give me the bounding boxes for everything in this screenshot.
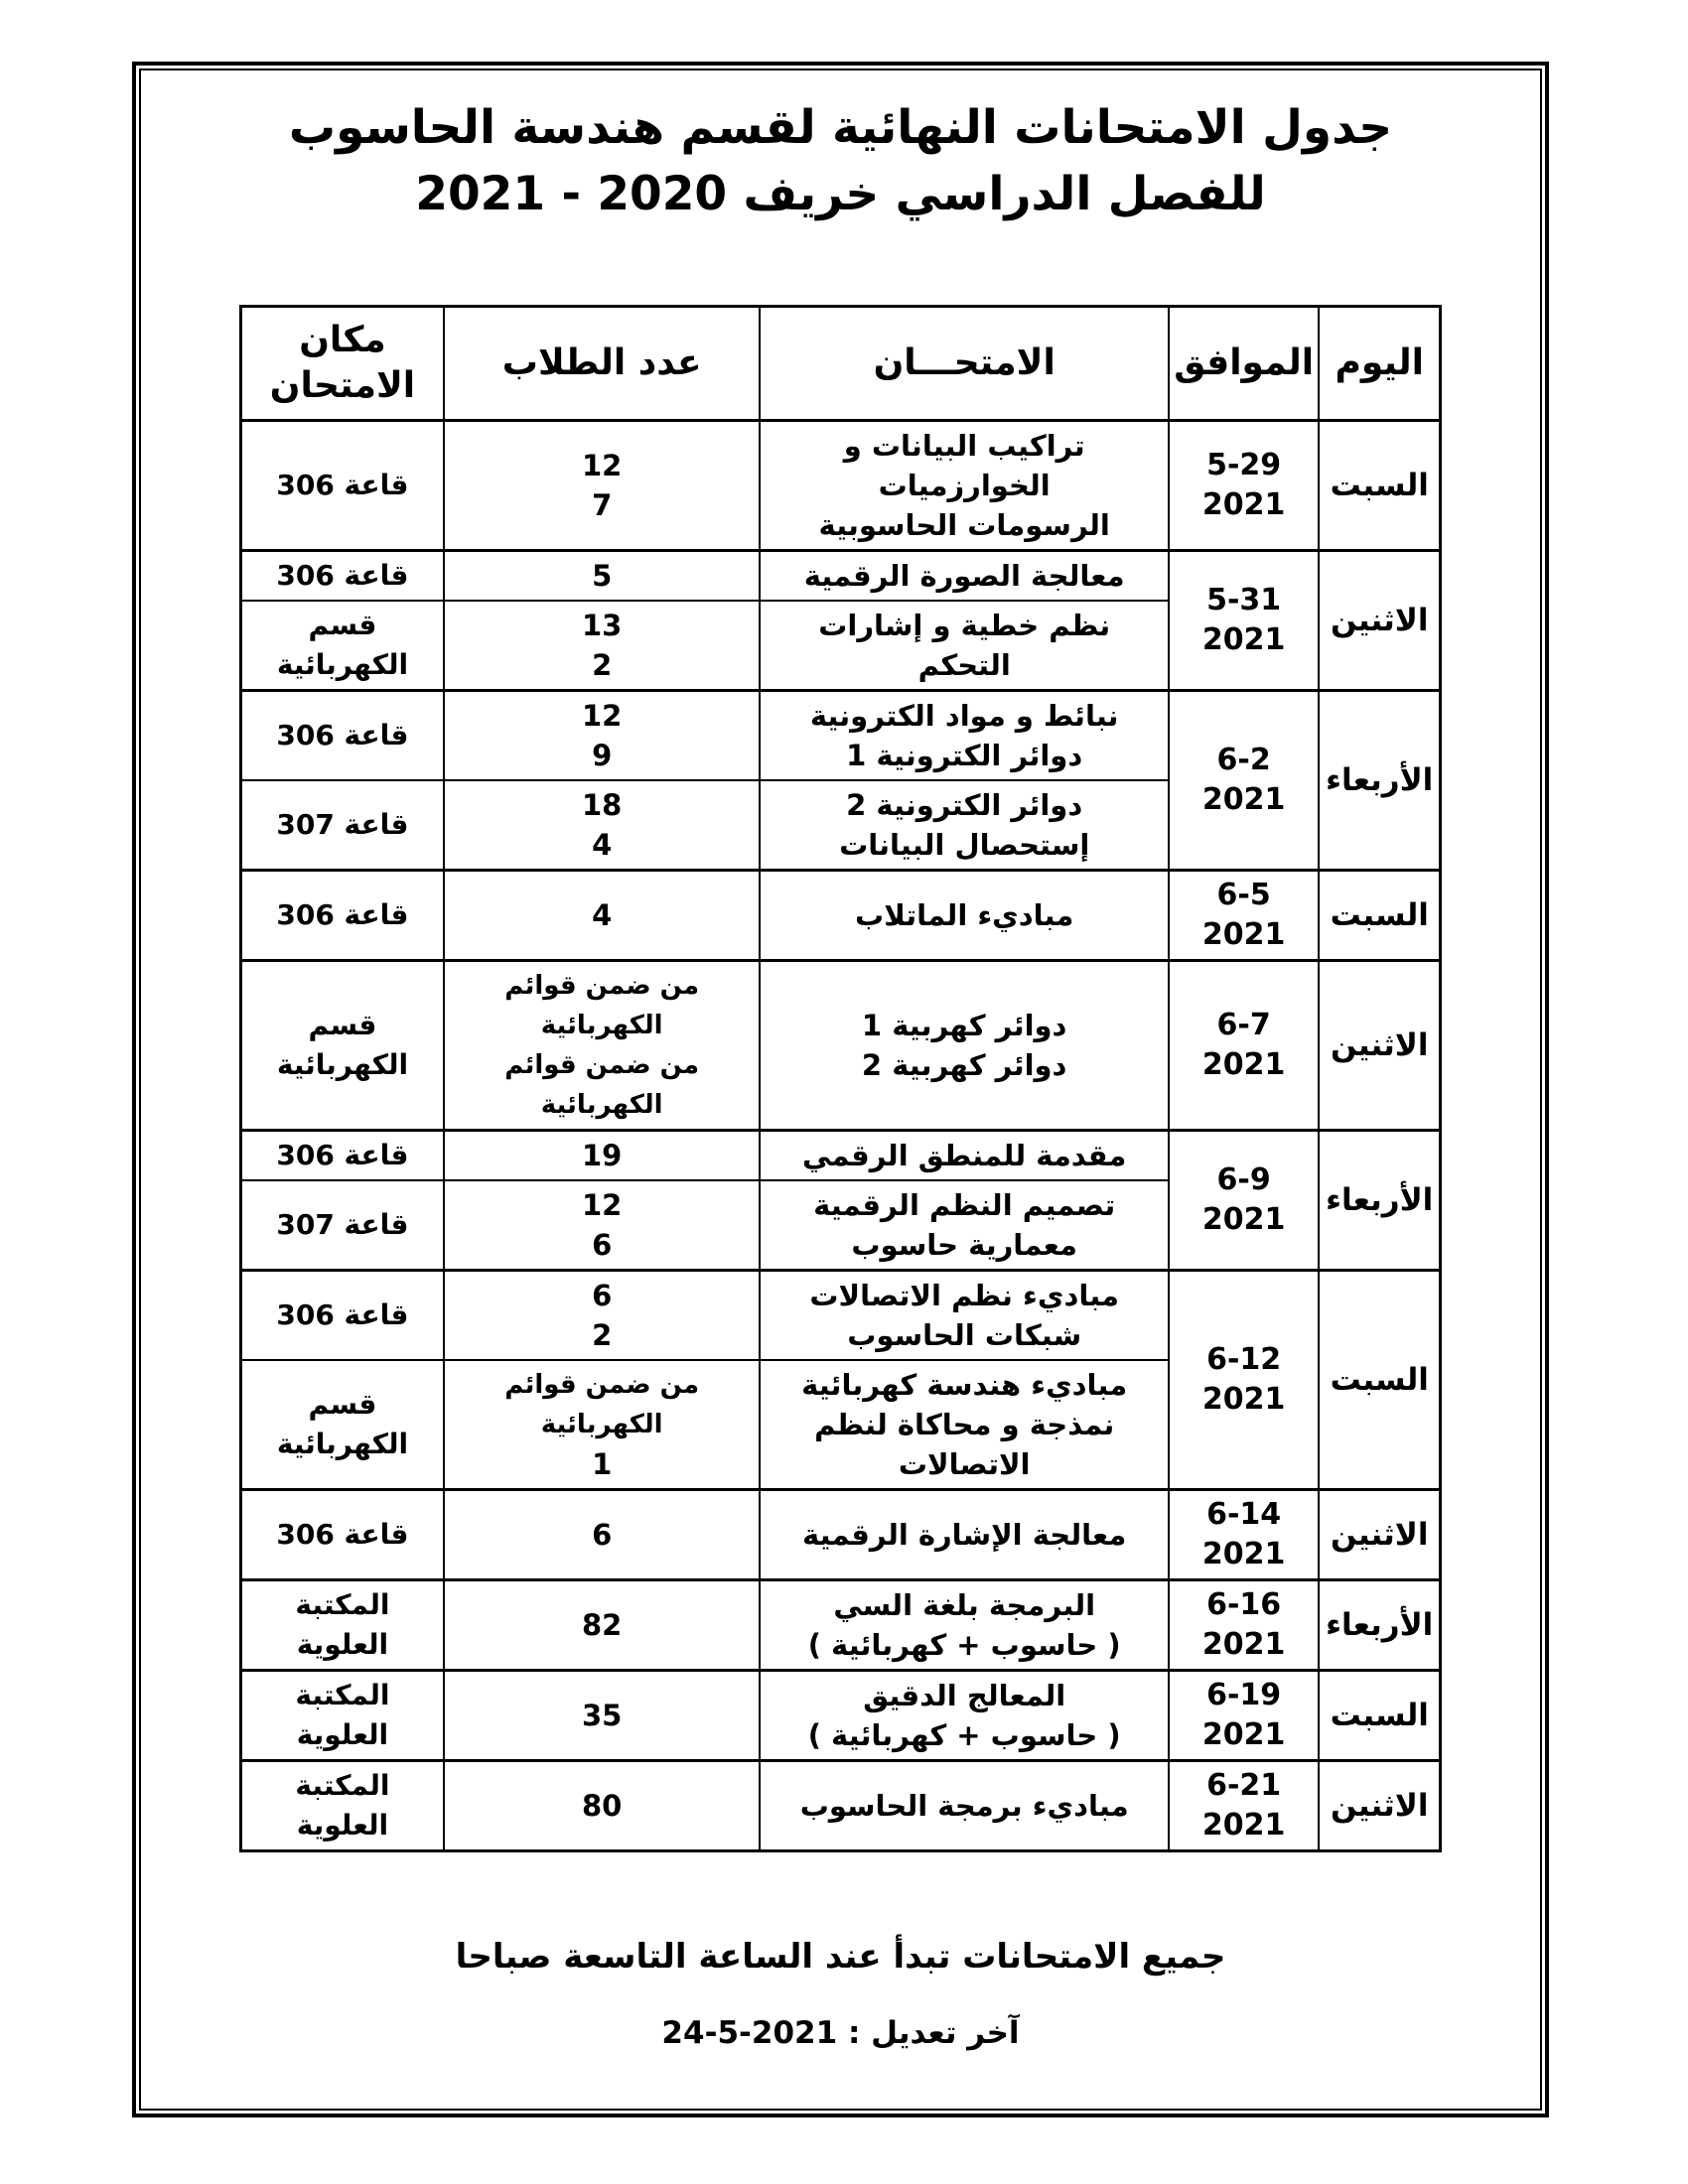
date-cell: 6-2 2021 [1169, 691, 1319, 871]
exam-cell: دوائر كهربية 1 دوائر كهربية 2 [760, 961, 1169, 1131]
exam-line: مباديء هندسة كهربائية [767, 1365, 1162, 1405]
exam-cell: مباديء هندسة كهربائية نمذجة و محاكاة لنظ… [760, 1360, 1169, 1490]
students-cell: 82 [444, 1580, 760, 1671]
location-cell: قاعة 306 [240, 551, 444, 602]
date-line: 2021 [1176, 1715, 1312, 1755]
students-cell: 4 [444, 871, 760, 961]
students-line: من ضمن قوائم الكهربائية [451, 1365, 753, 1444]
exam-row: الأربعاء 6-2 2021 نبائط و مواد الكترونية… [240, 691, 1441, 781]
day-cell: الاثنين [1319, 551, 1441, 691]
location-cell: قسم الكهربائية [240, 601, 444, 691]
location-cell: قسم الكهربائية [240, 1360, 444, 1490]
day-cell: السبت [1319, 1271, 1441, 1490]
location-cell: قاعة 307 [240, 1180, 444, 1271]
exam-line: مباديء نظم الاتصالات [767, 1276, 1162, 1315]
document-title-line2: للفصل الدراسي خريف 2020 - 2021 [141, 161, 1540, 227]
students-line: 9 [451, 736, 753, 775]
exam-line: البرمجة بلغة السي [767, 1585, 1162, 1625]
day-cell: السبت [1319, 421, 1441, 551]
header-exam: الامتحـــان [760, 307, 1169, 421]
exam-line: إستحصال البيانات [767, 825, 1162, 865]
date-line: 2021 [1176, 1625, 1312, 1665]
header-location-line2: الامتحان [246, 363, 440, 409]
date-cell: 6-9 2021 [1169, 1131, 1319, 1271]
exam-cell: مباديء نظم الاتصالات شبكات الحاسوب [760, 1271, 1169, 1361]
exam-line: دوائر كهربية 2 [767, 1045, 1162, 1085]
date-line: 6-21 [1176, 1766, 1312, 1806]
date-cell: 6-7 2021 [1169, 961, 1319, 1131]
exam-line: ( حاسوب + كهربائية ) [767, 1715, 1162, 1755]
students-line: من ضمن قوائم الكهربائية [451, 966, 753, 1045]
exam-time-note: جميع الامتحانات تبدأ عند الساعة التاسعة … [141, 1934, 1540, 1979]
date-cell: 6-16 2021 [1169, 1580, 1319, 1671]
students-line: 4 [451, 825, 753, 865]
students-cell: من ضمن قوائم الكهربائية من ضمن قوائم الك… [444, 961, 760, 1131]
location-cell: قاعة 306 [240, 871, 444, 961]
day-cell: الاثنين [1319, 1761, 1441, 1851]
day-cell: الاثنين [1319, 1490, 1441, 1580]
exam-line: دوائر الكترونية 1 [767, 736, 1162, 775]
date-line: 2021 [1176, 1806, 1312, 1845]
students-cell: 80 [444, 1761, 760, 1851]
exam-cell: نظم خطية و إشارات التحكم [760, 601, 1169, 691]
students-cell: 19 [444, 1131, 760, 1181]
date-cell: 6-14 2021 [1169, 1490, 1319, 1580]
exam-line: دوائر الكترونية 2 [767, 785, 1162, 825]
students-cell: 18 4 [444, 780, 760, 871]
date-line: 2021 [1176, 620, 1312, 660]
students-line: 12 [451, 696, 753, 736]
exam-cell: معالجة الإشارة الرقمية [760, 1490, 1169, 1580]
students-line: 2 [451, 645, 753, 685]
exam-line: التحكم [767, 645, 1162, 685]
students-line: من ضمن قوائم الكهربائية [451, 1045, 753, 1125]
students-cell: 6 2 [444, 1271, 760, 1361]
students-line: 12 [451, 1185, 753, 1225]
date-line: 2021 [1176, 1200, 1312, 1240]
date-line: 6-2 [1176, 741, 1312, 780]
students-line: 2 [451, 1315, 753, 1355]
date-line: 6-16 [1176, 1585, 1312, 1625]
location-cell: قاعة 306 [240, 691, 444, 781]
date-cell: 5-29 2021 [1169, 421, 1319, 551]
exam-cell: نبائط و مواد الكترونية دوائر الكترونية 1 [760, 691, 1169, 781]
date-cell: 6-5 2021 [1169, 871, 1319, 961]
header-day: اليوم [1319, 307, 1441, 421]
students-cell: 6 [444, 1490, 760, 1580]
exam-row: السبت 5-29 2021 تراكيب البيانات و الخوار… [240, 421, 1441, 551]
header-row: اليوم الموافق الامتحـــان عدد الطلاب مكا… [240, 307, 1441, 421]
date-line: 5-31 [1176, 581, 1312, 620]
exam-row: الاثنين 6-21 2021 مباديء برمجة الحاسوب 8… [240, 1761, 1441, 1851]
page-border-frame: جدول الامتحانات النهائية لقسم هندسة الحا… [132, 62, 1549, 2117]
date-line: 6-12 [1176, 1340, 1312, 1380]
exam-line: المعالج الدقيق [767, 1676, 1162, 1715]
location-cell: قاعة 306 [240, 1490, 444, 1580]
exam-cell: تراكيب البيانات و الخوارزميات الرسومات ا… [760, 421, 1169, 551]
exam-line: نظم خطية و إشارات [767, 606, 1162, 645]
exam-cell: تصميم النظم الرقمية معمارية حاسوب [760, 1180, 1169, 1271]
location-cell: قسم الكهربائية [240, 961, 444, 1131]
students-line: 12 [451, 446, 753, 485]
exam-row: الأربعاء 6-16 2021 البرمجة بلغة السي ( ح… [240, 1580, 1441, 1671]
date-line: 6-14 [1176, 1495, 1312, 1535]
exam-cell: مباديء برمجة الحاسوب [760, 1761, 1169, 1851]
exam-line: الرسومات الحاسوبية [767, 505, 1162, 545]
header-date: الموافق [1169, 307, 1319, 421]
students-line: 18 [451, 785, 753, 825]
location-cell: المكتبة العلوية [240, 1671, 444, 1761]
exam-line: دوائر كهربية 1 [767, 1006, 1162, 1045]
location-cell: قاعة 306 [240, 1131, 444, 1181]
exam-row: السبت 6-12 2021 مباديء نظم الاتصالات شبك… [240, 1271, 1441, 1361]
day-cell: الأربعاء [1319, 1580, 1441, 1671]
students-cell: من ضمن قوائم الكهربائية 1 [444, 1360, 760, 1490]
exam-row: الاثنين 6-14 2021 معالجة الإشارة الرقمية… [240, 1490, 1441, 1580]
exam-cell: معالجة الصورة الرقمية [760, 551, 1169, 602]
date-line: 6-19 [1176, 1676, 1312, 1715]
date-line: 2021 [1176, 485, 1312, 525]
students-cell: 5 [444, 551, 760, 602]
students-cell: 35 [444, 1671, 760, 1761]
exam-row: السبت 6-19 2021 المعالج الدقيق ( حاسوب +… [240, 1671, 1441, 1761]
exam-row: السبت 6-5 2021 مباديء الماتلاب 4 قاعة 30… [240, 871, 1441, 961]
exam-line: تصميم النظم الرقمية [767, 1185, 1162, 1225]
location-cell: قاعة 306 [240, 1271, 444, 1361]
location-cell: المكتبة العلوية [240, 1761, 444, 1851]
exam-cell: المعالج الدقيق ( حاسوب + كهربائية ) [760, 1671, 1169, 1761]
document-title-line1: جدول الامتحانات النهائية لقسم هندسة الحا… [141, 94, 1540, 161]
students-line: 6 [451, 1225, 753, 1265]
date-cell: 6-19 2021 [1169, 1671, 1319, 1761]
date-line: 2021 [1176, 1045, 1312, 1085]
date-cell: 6-12 2021 [1169, 1271, 1319, 1490]
date-cell: 5-31 2021 [1169, 551, 1319, 691]
header-students: عدد الطلاب [444, 307, 760, 421]
exam-line: معمارية حاسوب [767, 1225, 1162, 1265]
students-line: 13 [451, 606, 753, 645]
day-cell: السبت [1319, 1671, 1441, 1761]
students-cell: 12 9 [444, 691, 760, 781]
date-line: 2021 [1176, 1535, 1312, 1574]
exam-line: نبائط و مواد الكترونية [767, 696, 1162, 736]
date-line: 6-5 [1176, 876, 1312, 915]
last-modified-note: آخر تعديل : 2021-5-24 [141, 2011, 1540, 2055]
date-line: 5-29 [1176, 446, 1312, 485]
exam-line: نمذجة و محاكاة لنظم الاتصالات [767, 1405, 1162, 1484]
date-cell: 6-21 2021 [1169, 1761, 1319, 1851]
location-cell: قاعة 306 [240, 421, 444, 551]
day-cell: السبت [1319, 871, 1441, 961]
day-cell: الأربعاء [1319, 691, 1441, 871]
exam-row: الأربعاء 6-9 2021 مقدمة للمنطق الرقمي 19… [240, 1131, 1441, 1181]
students-cell: 12 6 [444, 1180, 760, 1271]
exam-line: شبكات الحاسوب [767, 1315, 1162, 1355]
location-cell: قاعة 307 [240, 780, 444, 871]
location-cell: المكتبة العلوية [240, 1580, 444, 1671]
exam-line: ( حاسوب + كهربائية ) [767, 1625, 1162, 1665]
exam-cell: البرمجة بلغة السي ( حاسوب + كهربائية ) [760, 1580, 1169, 1671]
date-line: 6-7 [1176, 1006, 1312, 1045]
exam-schedule-table: اليوم الموافق الامتحـــان عدد الطلاب مكا… [239, 305, 1443, 1852]
students-line: 1 [451, 1444, 753, 1484]
date-line: 2021 [1176, 1380, 1312, 1420]
header-location: مكان الامتحان [240, 307, 444, 421]
document-title: جدول الامتحانات النهائية لقسم هندسة الحا… [141, 94, 1540, 227]
exam-cell: مباديء الماتلاب [760, 871, 1169, 961]
date-line: 2021 [1176, 915, 1312, 955]
students-line: 6 [451, 1276, 753, 1315]
students-cell: 13 2 [444, 601, 760, 691]
exam-row: الاثنين 6-7 2021 دوائر كهربية 1 دوائر كه… [240, 961, 1441, 1131]
header-location-line1: مكان [246, 318, 440, 363]
page-content: جدول الامتحانات النهائية لقسم هندسة الحا… [139, 68, 1542, 2111]
exam-line: تراكيب البيانات و الخوارزميات [767, 426, 1162, 505]
day-cell: الأربعاء [1319, 1131, 1441, 1271]
exam-cell: دوائر الكترونية 2 إستحصال البيانات [760, 780, 1169, 871]
exam-row: الاثنين 5-31 2021 معالجة الصورة الرقمية … [240, 551, 1441, 602]
day-cell: الاثنين [1319, 961, 1441, 1131]
date-line: 2021 [1176, 780, 1312, 820]
exam-cell: مقدمة للمنطق الرقمي [760, 1131, 1169, 1181]
students-line: 7 [451, 485, 753, 525]
date-line: 6-9 [1176, 1160, 1312, 1200]
students-cell: 12 7 [444, 421, 760, 551]
